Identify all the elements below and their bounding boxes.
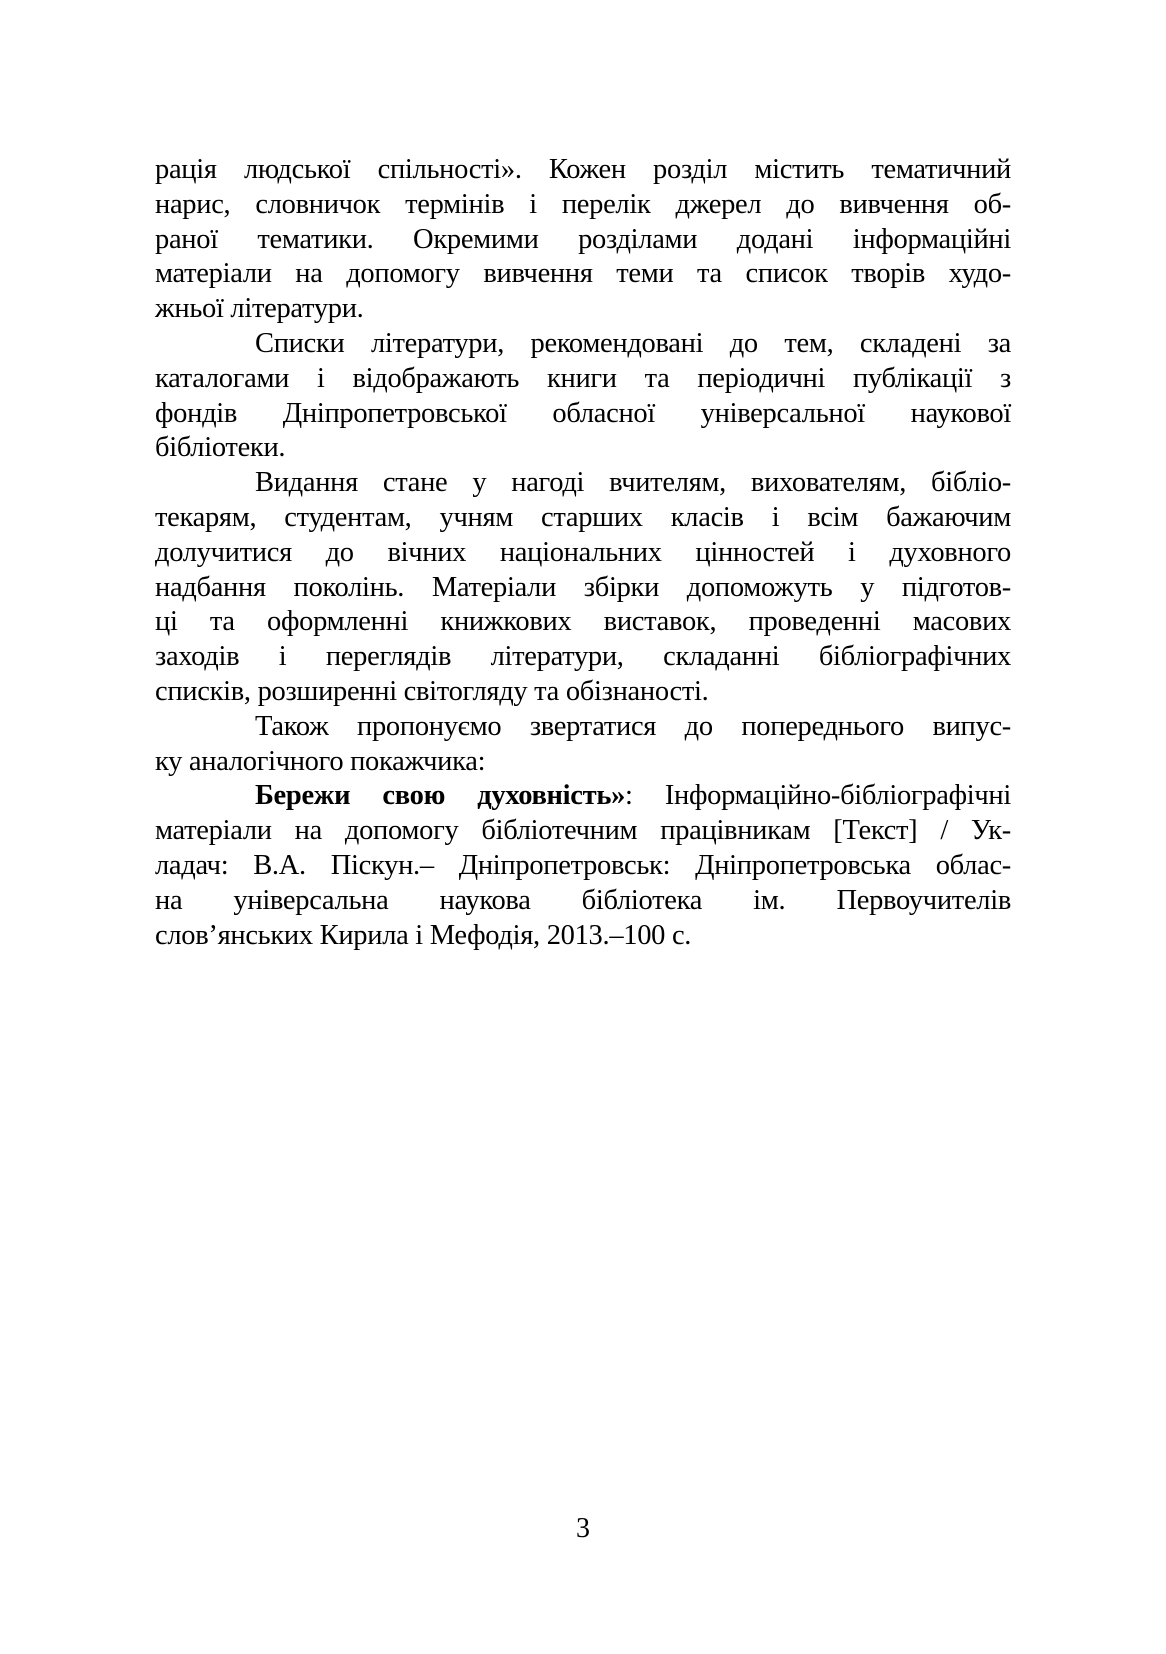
text-line: Також пропонуємо звертатися до попереднь…: [155, 710, 1011, 745]
text-line: заходів і переглядів літератури, складан…: [155, 640, 1011, 675]
paragraph-1: рація людської спільності». Кожен розділ…: [155, 153, 1011, 327]
document-page: рація людської спільності». Кожен розділ…: [0, 0, 1166, 1654]
text-line: фондів Дніпропетровської обласної універ…: [155, 397, 1011, 432]
text-line: Видання стане у нагоді вчителям, виховат…: [155, 466, 1011, 501]
text-line: списків, розширенні світогляду та обізна…: [155, 675, 1011, 710]
text-line: долучитися до вічних національних ціннос…: [155, 536, 1011, 571]
text-line: ці та оформленні книжкових виставок, про…: [155, 605, 1011, 640]
body-text: рація людської спільності». Кожен розділ…: [155, 153, 1011, 953]
bibliographic-reference: Бережи свою духовність»: Інформаційно-бі…: [155, 779, 1011, 953]
text-line: раної тематики. Окремими розділами додан…: [155, 223, 1011, 258]
text-line: рація людської спільності». Кожен розділ…: [155, 153, 1011, 188]
reference-subtitle: : Інформаційно-бібліографічні: [625, 780, 1011, 811]
paragraph-3: Видання стане у нагоді вчителям, виховат…: [155, 466, 1011, 710]
text-line: матеріали на допомогу вивчення теми та с…: [155, 257, 1011, 292]
text-line: матеріали на допомогу бібліотечним праці…: [155, 814, 1011, 849]
page-number: 3: [0, 1512, 1166, 1546]
reference-title: Бережи свою духовність»: [255, 780, 625, 811]
text-line: нарис, словничок термінів і перелік джер…: [155, 188, 1011, 223]
text-line: на універсальна наукова бібліотека ім. П…: [155, 884, 1011, 919]
text-line: бібліотеки.: [155, 431, 1011, 466]
text-line: слов’янських Кирила і Мефодія, 2013.–100…: [155, 919, 1011, 954]
text-line: надбання поколінь. Матеріали збірки допо…: [155, 571, 1011, 606]
reference-first-line: Бережи свою духовність»: Інформаційно-бі…: [155, 779, 1011, 814]
text-line: ладач: В.А. Піскун.– Дніпропетровськ: Дн…: [155, 849, 1011, 884]
text-line: жньої літератури.: [155, 292, 1011, 327]
text-line: Списки літератури, рекомендовані до тем,…: [155, 327, 1011, 362]
paragraph-4: Також пропонуємо звертатися до попереднь…: [155, 710, 1011, 780]
text-line: ку аналогічного покажчика:: [155, 745, 1011, 780]
text-line: текарям, студентам, учням старших класів…: [155, 501, 1011, 536]
text-line: каталогами і відображають книги та періо…: [155, 362, 1011, 397]
paragraph-2: Списки літератури, рекомендовані до тем,…: [155, 327, 1011, 466]
